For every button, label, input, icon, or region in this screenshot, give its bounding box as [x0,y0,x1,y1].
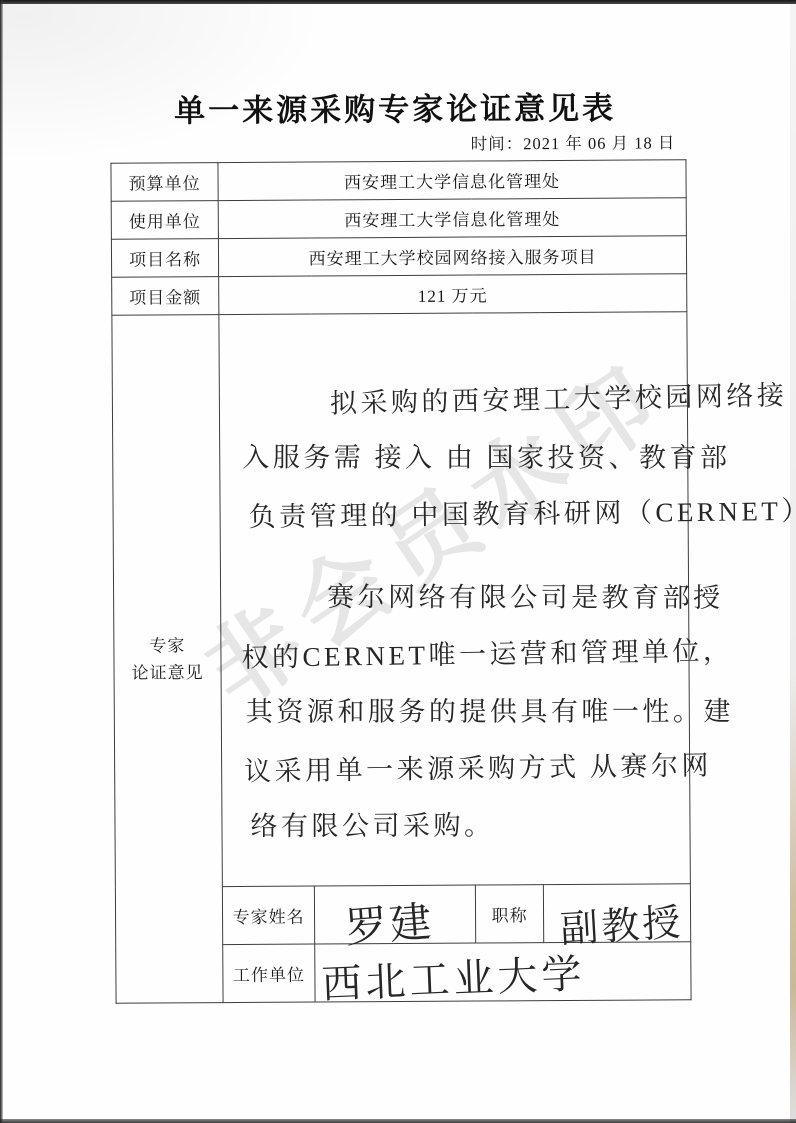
scan-edge-left [0,0,3,1123]
opinion-label-line1: 专家 [114,632,220,660]
scanned-page: 非会员水印 单一来源采购专家论证意见表 时间：2021 年 06 月 18 日 … [0,0,796,1123]
work-unit-handwritten: 西北工业大学 [320,942,586,1010]
expert-name-cell: 罗建 [314,885,475,944]
project-amount-value: 121 万元 [219,274,687,315]
using-unit-value: 西安理工大学信息化管理处 [218,198,686,239]
date-line: 时间：2021 年 06 月 18 日 [471,129,676,154]
scan-edge-top [0,0,796,4]
work-unit-cell: 西北工业大学 [315,942,691,1002]
scan-edge-right [790,0,796,1123]
job-title-label: 职称 [475,885,543,943]
table-row-budget-unit: 预算单位 西安理工大学信息化管理处 [111,160,686,202]
work-unit-label: 工作单位 [223,944,315,1003]
expert-name-signature: 罗建 [343,889,435,956]
table-row-project-name: 项目名称 西安理工大学校园网络接入服务项目 [111,236,686,278]
handwriting-line: 赛尔网络有限公司是教育部授 [327,568,688,626]
form-table: 预算单位 西安理工大学信息化管理处 使用单位 西安理工大学信息化管理处 项目名称… [110,159,691,1004]
opinion-label-line2: 论证意见 [114,659,220,687]
project-name-value: 西安理工大学校园网络接入服务项目 [218,236,686,277]
handwriting-line: 入服务需 接入 由 国家投资、教育部 [242,429,687,486]
budget-unit-label: 预算单位 [111,163,218,202]
expert-name-label: 专家姓名 [222,886,314,945]
table-row-using-unit: 使用单位 西安理工大学信息化管理处 [111,198,686,240]
table-row-project-amount: 项目金额 121 万元 [112,274,687,316]
using-unit-label: 使用单位 [111,201,218,240]
opinion-label: 专家 论证意见 [112,315,223,1004]
handwriting-line: 拟采购的西安理工大学校园网络接 [329,369,687,433]
handwriting-line: 权的CERNET唯一运营和管理单位， [241,623,689,687]
document-body: 单一来源采购专家论证意见表 时间：2021 年 06 月 18 日 预算单位 西… [0,0,796,1123]
table-row-opinion: 专家 论证意见 拟采购的西安理工大学校园网络接 入服务需 接入 由 国家投资、教… [112,312,690,888]
handwritten-opinion: 拟采购的西安理工大学校园网络接 入服务需 接入 由 国家投资、教育部 负责管理的… [240,371,690,856]
handwriting-line: 其资源和服务的提供具有唯一性。建 [246,683,689,740]
handwriting-line: 负责管理的 中国教育科研网（CERNET） [248,484,688,546]
scan-edge-bottom [0,1119,796,1123]
handwriting-line: 议采用单一来源采购方式 从赛尔网 [244,737,690,800]
job-title-cell: 副教授 [543,884,690,943]
project-amount-label: 项目金额 [112,277,219,316]
opinion-cell: 拟采购的西安理工大学校园网络接 入服务需 接入 由 国家投资、教育部 负责管理的… [219,312,690,887]
form-title: 单一来源采购专家论证意见表 [0,82,793,132]
project-name-label: 项目名称 [111,239,218,278]
handwriting-line: 络有限公司采购。 [250,797,689,855]
budget-unit-value: 西安理工大学信息化管理处 [218,160,686,201]
